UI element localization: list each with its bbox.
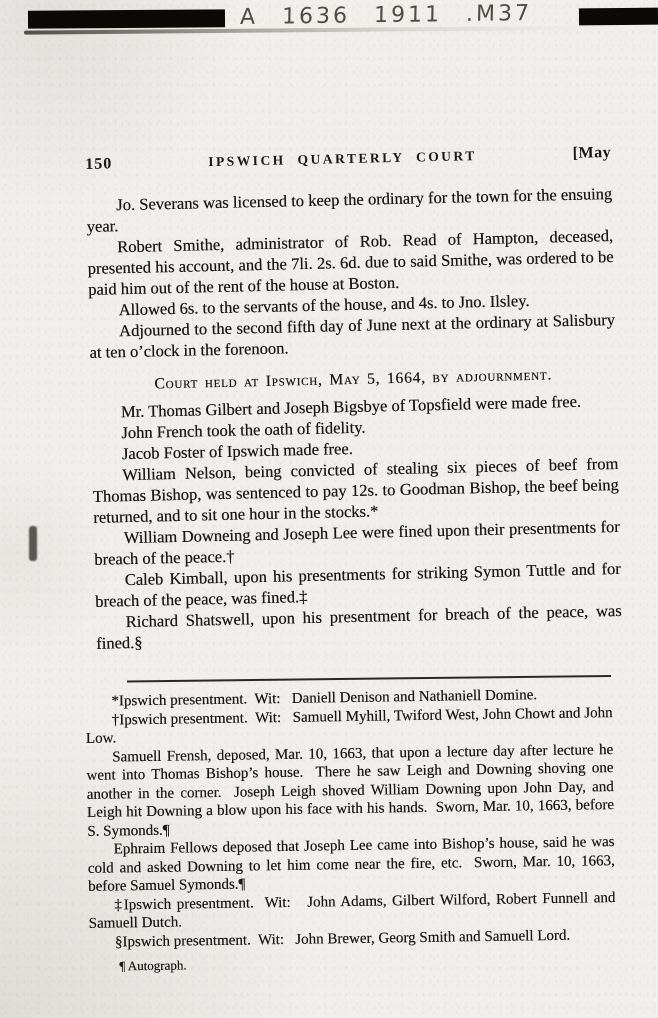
- body-paragraph: Robert Smithe, administrator of Rob. Rea…: [87, 225, 614, 300]
- running-title: IPSWICH QUARTERLY COURT: [112, 146, 573, 172]
- footnote: Ephraim Fellows deposed that Joseph Lee …: [87, 833, 615, 896]
- edge-ink-smudge: [29, 526, 37, 561]
- running-header: 150 IPSWICH QUARTERLY COURT [May: [85, 144, 611, 174]
- footnote-separator-rule: [127, 675, 611, 682]
- redaction-bar-left: [28, 9, 225, 28]
- autograph-note: ¶ Autograph.: [89, 951, 616, 975]
- body-paragraph: William Nelson, being convicted of steal…: [92, 453, 619, 528]
- page-text-block: 150 IPSWICH QUARTERLY COURT [May Jo. Sev…: [85, 144, 622, 654]
- redaction-bar-right: [579, 8, 658, 26]
- scanned-book-page: A 1636 1911 .M37 150 IPSWICH QUARTERLY C…: [0, 0, 658, 1018]
- footnotes-block: *Ipswich presentment. Wit: Daniell Denis…: [85, 674, 616, 975]
- footnote: Samuell Frensh, deposed, Mar. 10, 1663, …: [86, 741, 614, 841]
- month-marker: [May: [573, 144, 612, 163]
- page-number: 150: [85, 155, 112, 174]
- section-heading: Court held at Ipswich, May 5, 1664, by a…: [90, 365, 616, 395]
